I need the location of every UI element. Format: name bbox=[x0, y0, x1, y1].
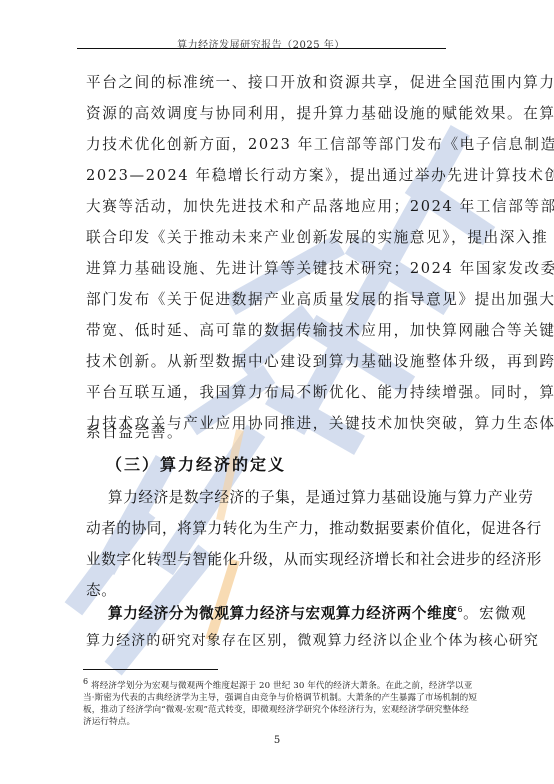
body-text-line: 带宽、低时延、高可靠的数据传输技术应用，加快算网融合等关键 bbox=[86, 323, 554, 339]
footnote-marker: 6 bbox=[83, 677, 88, 686]
footnote-line: 当·斯密为代表的古典经济学为主导，强调自由竞争与价格调节机制。大萧条的产生暴露了… bbox=[83, 692, 463, 704]
body-text-line: 系日益完善。 bbox=[86, 425, 183, 441]
definition-text-line: 动者的协同，将算力转化为生产力，推动数据要素价值化，促进各行 bbox=[86, 521, 542, 537]
dimension-text-line: 算力经济分为微观算力经济与宏观算力经济两个维度6。宏微观 bbox=[108, 602, 527, 622]
footnote: 6 将经济学划分为宏观与微观两个维度起源于 20 世纪 30 年代的经济大萧条。… bbox=[83, 676, 463, 728]
body-text-line: 平台之间的标准统一、接口开放和资源共享，促进全国范围内算力 bbox=[86, 75, 554, 91]
body-text-line: 技术创新。从新型数据中心建设到算力基础设施整体升级，再到跨 bbox=[86, 354, 554, 370]
dimension-text-line: 算力经济的研究对象存在区别，微观算力经济以企业个体为核心研究 bbox=[86, 633, 539, 649]
definition-text-line: 算力经济是数字经济的子集，是通过算力基础设施与算力产业劳 bbox=[108, 490, 533, 506]
body-text-line: 进算力基础设施、先进计算等关键技术研究；2024 年国家发改委等 bbox=[86, 261, 554, 277]
body-text-line: 2023—2024 年稳增长行动方案》，提出通过举办先进计算技术创新 bbox=[86, 168, 554, 184]
page-number: 5 bbox=[0, 735, 554, 746]
footnote-text: 将经济学划分为宏观与微观两个维度起源于 20 世纪 30 年代的经济大萧条。在此… bbox=[91, 681, 472, 691]
footnote-separator bbox=[83, 669, 218, 670]
body-text-line: 部门发布《关于促进数据产业高质量发展的指导意见》提出加强大 bbox=[86, 292, 554, 308]
body-text-line: 力技术优化创新方面，2023 年工信部等部门发布《电子信息制造业 bbox=[86, 137, 554, 153]
dimension-rest-text: 。宏微观 bbox=[463, 605, 527, 622]
definition-text-line: 态。 bbox=[86, 583, 116, 599]
dimension-bold-text: 算力经济分为微观算力经济与宏观算力经济两个维度 bbox=[108, 605, 457, 622]
body-text-line: 资源的高效调度与协同利用，提升算力基础设施的赋能效果。在算 bbox=[86, 106, 554, 122]
footnote-line: 济运行特点。 bbox=[83, 716, 463, 728]
header-rule bbox=[77, 48, 446, 49]
document-page: 算力经济发展研究报告（2025 年） 平台之间的标准统一、接口开放和资源共享，促… bbox=[0, 0, 554, 784]
footnote-line: 板，推动了经济学向“微观-宏观”范式转变，即微观经济学研究个体经济行为，宏观经济… bbox=[83, 704, 463, 716]
body-text-line: 平台互联互通，我国算力布局不断优化、能力持续增强。同时，算 bbox=[86, 385, 554, 401]
body-text-line: 联合印发《关于推动未来产业创新发展的实施意见》，提出深入推 bbox=[86, 230, 548, 246]
definition-text-line: 业数字化转型与智能化升级，从而实现经济增长和社会进步的经济形 bbox=[86, 552, 542, 568]
footnote-line: 6 将经济学划分为宏观与微观两个维度起源于 20 世纪 30 年代的经济大萧条。… bbox=[83, 676, 463, 692]
body-text-line: 大赛等活动，加快先进技术和产品落地应用；2024 年工信部等部门 bbox=[86, 199, 554, 215]
section-heading: （三）算力经济的定义 bbox=[106, 452, 286, 475]
